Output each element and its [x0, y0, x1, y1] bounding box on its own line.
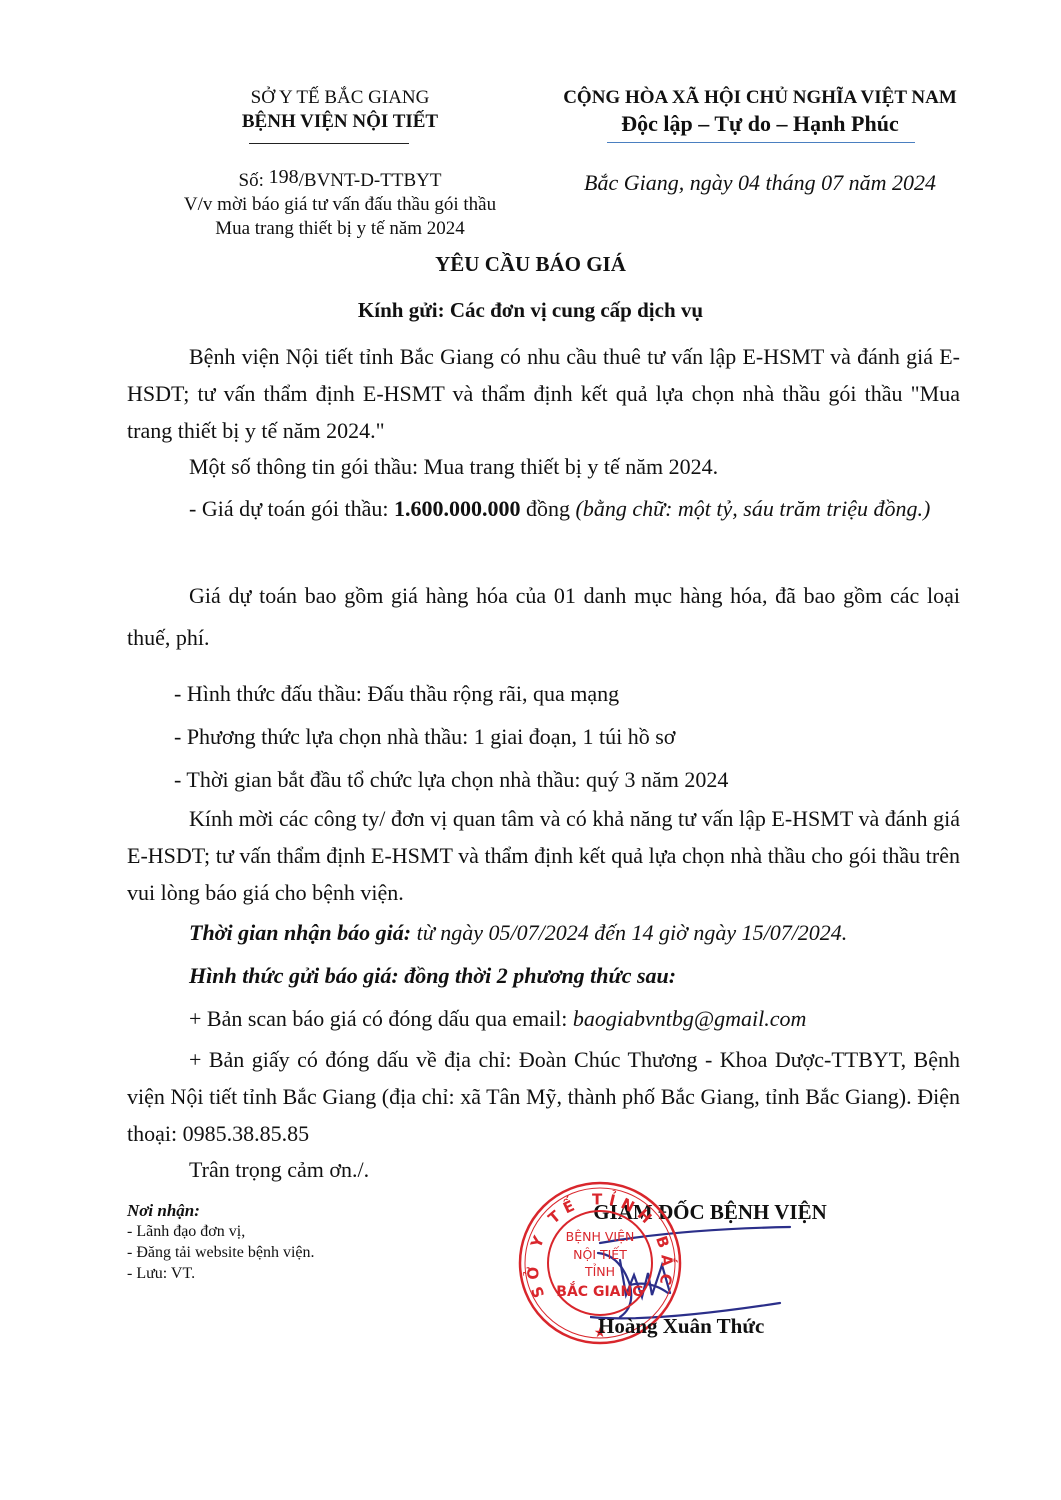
info-line: Một số thông tin gói thầu: Mua trang thi…: [127, 448, 960, 485]
doc-number-prefix: Số:: [239, 170, 264, 191]
stamp-line-3: TỈNH: [584, 1263, 615, 1279]
motto: Độc lập – Tự do – Hạnh Phúc: [520, 110, 1000, 138]
info-line-block: Một số thông tin gói thầu: Mua trang thi…: [127, 448, 960, 485]
signer-name: Hoàng Xuân Thức: [598, 1314, 764, 1339]
budget-label: - Giá dự toán gói thầu:: [189, 496, 394, 521]
bullet-item: - Hình thức đấu thầu: Đấu thầu rộng rãi,…: [127, 672, 960, 715]
agency-name: SỞ Y TẾ BẮC GIANG: [120, 86, 560, 110]
method-heading: Hình thức gửi báo giá: đồng thời 2 phươn…: [127, 954, 960, 997]
organization-name: BỆNH VIỆN NỘI TIẾT: [120, 110, 560, 134]
greeting: Kính gửi: Các đơn vị cung cấp dịch vụ: [0, 298, 1061, 323]
place-date: Bắc Giang, ngày 04 tháng 07 năm 2024: [520, 170, 1000, 196]
recipient-item: - Lưu: VT.: [127, 1263, 315, 1284]
budget-note: Giá dự toán bao gồm giá hàng hóa của 01 …: [127, 575, 960, 659]
recipient-item: - Lãnh đạo đơn vị,: [127, 1221, 315, 1242]
submission-block: Thời gian nhận báo giá: từ ngày 05/07/20…: [127, 911, 960, 1040]
stamp-line-2: NỘI TIẾT: [573, 1246, 627, 1262]
stamp-line-4: BẮC GIANG: [556, 1281, 643, 1300]
deadline-label: Thời gian nhận báo giá:: [189, 920, 411, 945]
bullet-item: - Thời gian bắt đầu tổ chức lựa chọn nhà…: [127, 758, 960, 801]
national-header: CỘNG HÒA XÃ HỘI CHỦ NGHĨA VIỆT NAM Độc l…: [520, 86, 1000, 138]
budget-words: (bằng chữ: một tỷ, sáu trăm triệu đồng.): [576, 496, 931, 521]
subject-line-1: V/v mời báo giá tư vấn đấu thầu gói thầu: [130, 193, 550, 217]
motto-underline: [607, 142, 915, 143]
method2-paragraph: + Bản giấy có đóng dấu về địa chỉ: Đoàn …: [127, 1041, 960, 1152]
recipients-heading: Nơi nhận:: [127, 1200, 315, 1221]
document-reference: Số: 198/BVNT-D-TTBYT V/v mời báo giá tư …: [130, 168, 550, 241]
email-link[interactable]: baogiabvntbg@gmail.com: [573, 1006, 807, 1031]
doc-number: 198: [269, 166, 299, 188]
issuer-underline: [249, 143, 409, 144]
intro-paragraph: Bệnh viện Nội tiết tỉnh Bắc Giang có nhu…: [127, 338, 960, 449]
subject-line-2: Mua trang thiết bị y tế năm 2024: [130, 217, 550, 241]
national-title: CỘNG HÒA XÃ HỘI CHỦ NGHĨA VIỆT NAM: [520, 86, 1000, 110]
invitation-paragraph: Kính mời các công ty/ đơn vị quan tâm và…: [127, 800, 960, 911]
bullet-item: - Phương thức lựa chọn nhà thầu: 1 giai …: [127, 715, 960, 758]
budget-block: - Giá dự toán gói thầu: 1.600.000.000 đồ…: [127, 490, 960, 527]
issuer-block: SỞ Y TẾ BẮC GIANG BỆNH VIỆN NỘI TIẾT: [120, 86, 560, 134]
recipient-item: - Đăng tải website bệnh viện.: [127, 1242, 315, 1263]
budget-note-block: Giá dự toán bao gồm giá hàng hóa của 01 …: [127, 575, 960, 659]
deadline-value: từ ngày 05/07/2024 đến 14 giờ ngày 15/07…: [411, 920, 847, 945]
method2-block: + Bản giấy có đóng dấu về địa chỉ: Đoàn …: [127, 1041, 960, 1152]
bullet-list: - Hình thức đấu thầu: Đấu thầu rộng rãi,…: [127, 672, 960, 801]
invitation-block: Kính mời các công ty/ đơn vị quan tâm và…: [127, 800, 960, 911]
budget-unit: đồng: [521, 496, 576, 521]
budget-value: 1.600.000.000: [394, 496, 521, 521]
method1-label: + Bản scan báo giá có đóng dấu qua email…: [189, 1006, 573, 1031]
stamp-line-1: BỆNH VIỆN: [566, 1229, 635, 1244]
body-intro: Bệnh viện Nội tiết tỉnh Bắc Giang có nhu…: [127, 338, 960, 449]
document-title: YÊU CẦU BÁO GIÁ: [0, 252, 1061, 277]
recipients-block: Nơi nhận: - Lãnh đạo đơn vị, - Đăng tải …: [127, 1200, 315, 1284]
doc-number-suffix: /BVNT-D-TTBYT: [299, 170, 442, 191]
